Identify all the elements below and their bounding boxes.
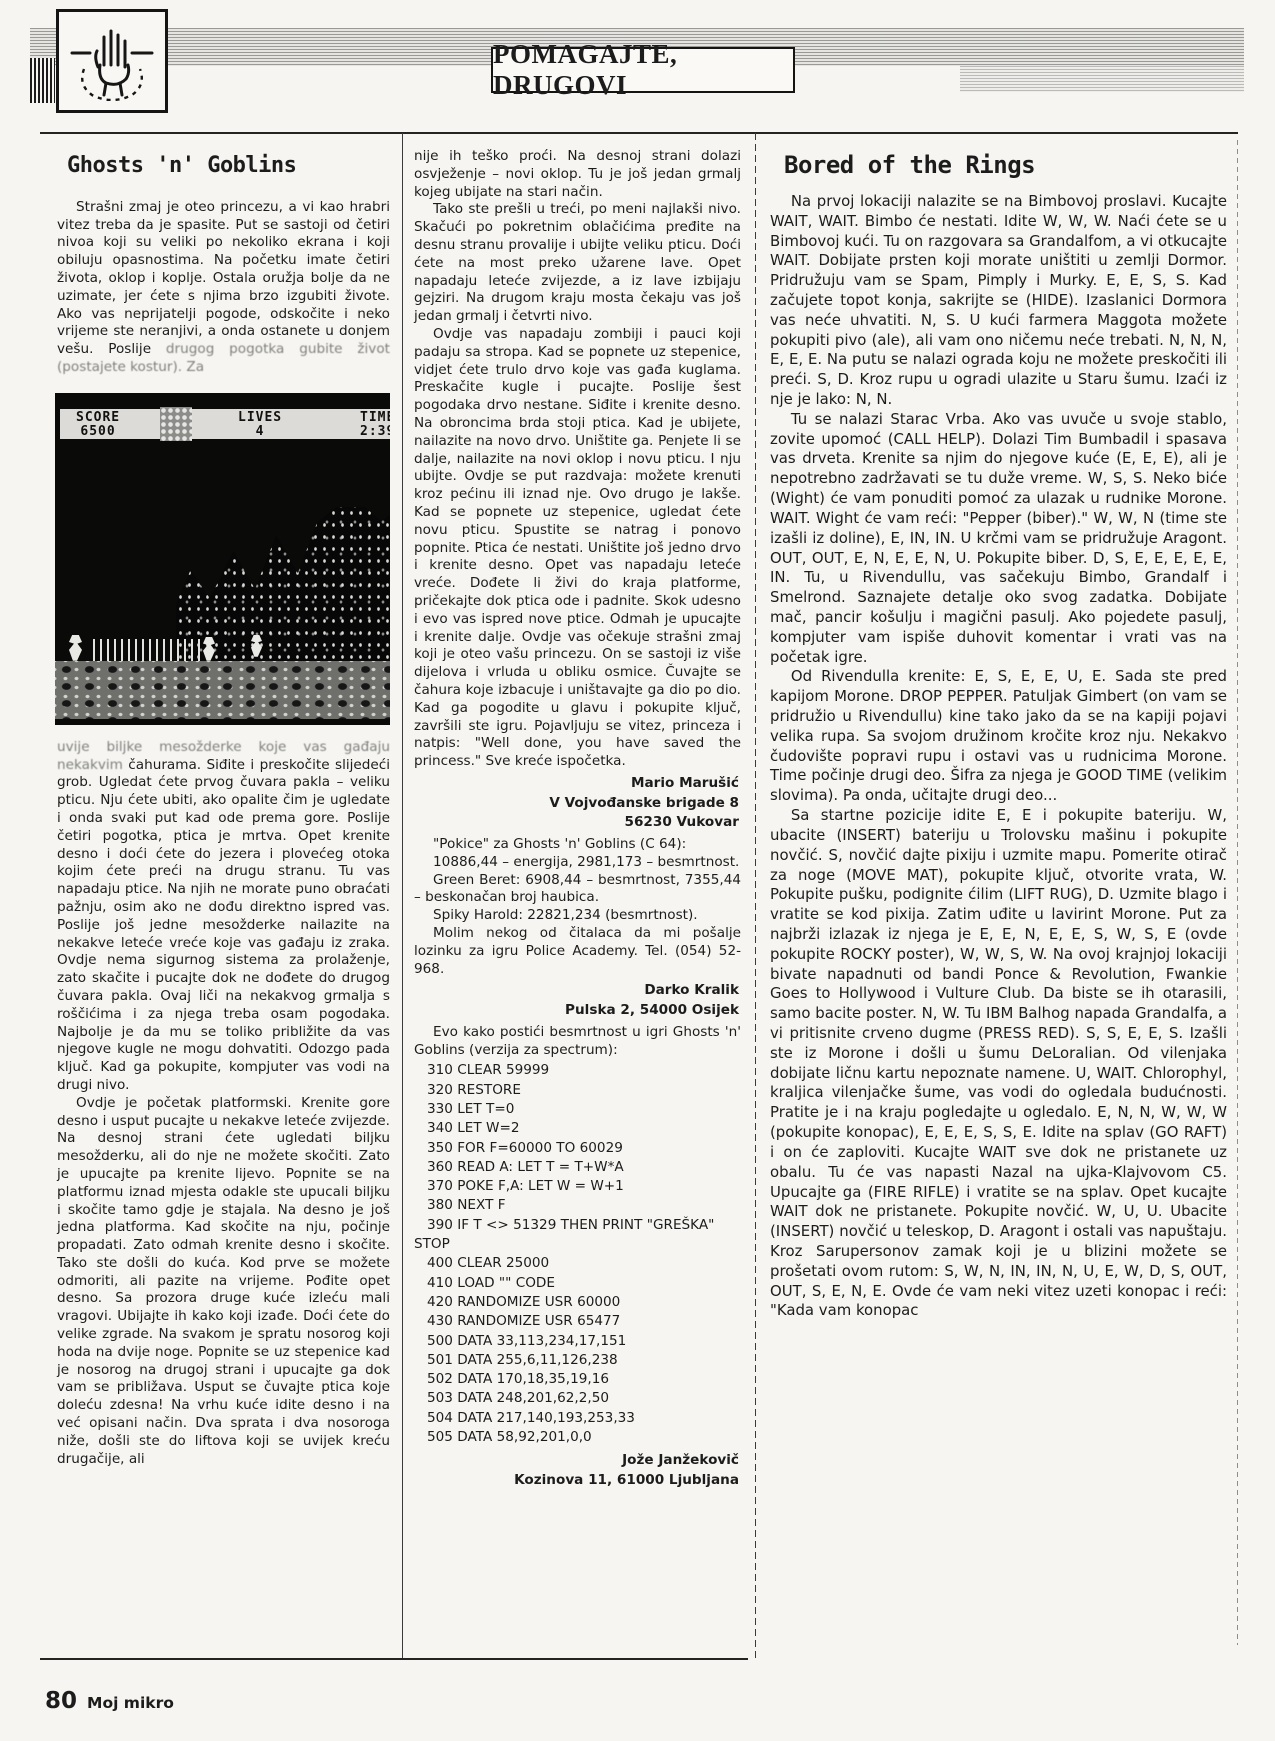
basic-listing-line: 503 DATA 248,201,62,2,50 — [414, 1389, 741, 1408]
poke-paragraph: Green Beret: 6908,44 – besmrtnost, 7355,… — [414, 872, 741, 908]
basic-listing-line: 501 DATA 255,6,11,126,238 — [414, 1351, 741, 1370]
basic-listing-line: 390 IF T <> 51329 THEN PRINT "GREŠKA" — [414, 1216, 741, 1235]
article1-paragraph: Strašni zmaj je oteo princezu, a vi kao … — [57, 199, 390, 377]
signature-joze-janzekovic: Jože JanžekovičKozinova 11, 61000 Ljublj… — [414, 1451, 739, 1490]
score-label: SCORE — [76, 411, 120, 425]
time-value: 2:39 — [360, 425, 390, 439]
basic-listing-line: 360 READ A: LET T = T+W*A — [414, 1158, 741, 1177]
section-title: POMAGAJTE, DRUGOVI — [493, 39, 793, 101]
article1-para2-text: čahurama. Siđite i preskočite slijedeći … — [57, 757, 390, 1093]
right-edge-rule — [1237, 140, 1238, 1645]
signature-line: Kozinova 11, 61000 Ljubljana — [414, 1471, 739, 1491]
listing-intro-paragraph: Evo kako postići besmrtnost u igri Ghost… — [414, 1024, 741, 1060]
basic-listing-line: 370 POKE F,A: LET W = W+1 — [414, 1177, 741, 1196]
article1-paragraph-list: Ovdje je početak platformski. Krenite go… — [57, 1095, 390, 1469]
bottom-rule — [40, 1658, 748, 1660]
pokes-list: "Pokice" za Ghosts 'n' Goblins (C 64):10… — [414, 836, 741, 978]
signature-line: Darko Kralik — [414, 981, 739, 1001]
score-value: 6500 — [76, 425, 120, 439]
column2-paragraph: Tako ste prešli u treći, po meni najlakš… — [414, 201, 741, 326]
player-head-icon — [160, 407, 192, 441]
column-2: nije ih teško proći. Na desnoj strani do… — [414, 148, 741, 1494]
time-display: TIME 2:39 — [360, 411, 390, 440]
signature-line: V Vojvođanske brigade 8 — [414, 794, 739, 814]
signature-line: Jože Janžekovič — [414, 1451, 739, 1471]
column-3: Bored of the Rings Na prvoj lokaciji nal… — [770, 146, 1227, 1321]
article2-paragraph-list: Na prvoj lokaciji nalazite se na Bimbovo… — [770, 192, 1227, 1321]
basic-listing-line: 310 CLEAR 59999 — [414, 1061, 741, 1080]
column2-paragraph: Ovdje vas napadaju zombiji i pauci koji … — [414, 326, 741, 771]
poke-paragraph: "Pokice" za Ghosts 'n' Goblins (C 64): — [414, 836, 741, 854]
ground-graphic — [55, 661, 390, 719]
column2-continuation-paragraph: nije ih teško proći. Na desnoj strani do… — [414, 148, 741, 201]
sprite-graphic — [69, 635, 82, 661]
basic-listing-line: 380 NEXT F — [414, 1196, 741, 1215]
poke-paragraph: 10886,44 – energija, 2981,173 – besmrtno… — [414, 854, 741, 872]
game-screenshot: SCORE 6500 LIVES 4 TIME 2:39 — [55, 393, 390, 725]
section-logo — [56, 9, 168, 113]
edge-barcode-mark — [30, 58, 55, 103]
article2-paragraph: Tu se nalazi Starac Vrba. Ako vas uvuče … — [770, 410, 1227, 668]
article1-para1-text: Strašni zmaj je oteo princezu, a vi kao … — [57, 199, 390, 357]
article1-title: Ghosts 'n' Goblins — [67, 152, 390, 181]
basic-listing-line: 505 DATA 58,92,201,0,0 — [414, 1428, 741, 1447]
article2-title: Bored of the Rings — [784, 150, 1227, 182]
article2-paragraph: Na prvoj lokaciji nalazite se na Bimbovo… — [770, 192, 1227, 410]
column-divider-2 — [755, 133, 756, 1659]
graveyard-fence-graphic — [93, 639, 205, 661]
lives-display: LIVES 4 — [238, 411, 282, 440]
lives-label: LIVES — [238, 411, 282, 425]
article2-paragraph: Sa startne pozicije idite E, E i pokupit… — [770, 806, 1227, 1321]
poke-paragraph: Molim nekog od čitalaca da mi pošalje lo… — [414, 925, 741, 978]
game-status-bar: SCORE 6500 LIVES 4 TIME 2:39 — [60, 409, 390, 439]
article1-paragraph: Ovdje je početak platformski. Krenite go… — [57, 1095, 390, 1469]
basic-listing-line: 500 DATA 33,113,234,17,151 — [414, 1332, 741, 1351]
score-display: SCORE 6500 — [76, 411, 120, 440]
section-title-box: POMAGAJTE, DRUGOVI — [491, 47, 795, 93]
top-rule — [40, 132, 1238, 134]
signature-mario-marusic: Mario MarušićV Vojvođanske brigade 85623… — [414, 774, 739, 833]
basic-listing-line: 502 DATA 170,18,35,19,16 — [414, 1370, 741, 1389]
basic-listing: 310 CLEAR 59999 320 RESTORE 330 LET T=0 … — [414, 1061, 741, 1447]
column-divider-1 — [402, 133, 403, 1659]
basic-listing-line: 420 RANDOMIZE USR 60000 — [414, 1293, 741, 1312]
lives-value: 4 — [238, 425, 282, 439]
basic-listing-line: 320 RESTORE — [414, 1081, 741, 1100]
basic-listing-line: 330 LET T=0 — [414, 1100, 741, 1119]
basic-listing-line: 504 DATA 217,140,193,253,33 — [414, 1409, 741, 1428]
page-number: 80 — [45, 1688, 77, 1714]
column2-paragraph-list: Tako ste prešli u treći, po meni najlakš… — [414, 201, 741, 771]
signature-line: Mario Marušić — [414, 774, 739, 794]
magazine-name: Moj mikro — [87, 1694, 174, 1712]
basic-listing-line: STOP — [414, 1235, 741, 1254]
basic-listing-line: 400 CLEAR 25000 — [414, 1254, 741, 1273]
basic-listing-line: 350 FOR F=60000 TO 60029 — [414, 1139, 741, 1158]
header-stripe-band-right — [960, 66, 1244, 92]
basic-listing-line: 430 RANDOMIZE USR 65477 — [414, 1312, 741, 1331]
magazine-page: POMAGAJTE, DRUGOVI Ghosts 'n' Goblins St… — [0, 0, 1275, 1741]
signature-darko-kralik: Darko KralikPulska 2, 54000 Osijek — [414, 981, 739, 1020]
basic-listing-line: 410 LOAD "" CODE — [414, 1274, 741, 1293]
time-label: TIME — [360, 411, 390, 425]
page-footer: 80 Moj mikro — [45, 1688, 174, 1714]
raised-hand-icon — [70, 21, 154, 101]
article2-paragraph: Od Rivendulla krenite: E, S, E, E, U, E.… — [770, 667, 1227, 806]
signature-line: 56230 Vukovar — [414, 813, 739, 833]
basic-listing-line: 340 LET W=2 — [414, 1119, 741, 1138]
poke-paragraph: Spiky Harold: 22821,234 (besmrtnost). — [414, 907, 741, 925]
article1-paragraph: uvije biljke mesožderke koje vas gađaju … — [57, 739, 390, 1095]
signature-line: Pulska 2, 54000 Osijek — [414, 1001, 739, 1021]
column-1: Ghosts 'n' Goblins Strašni zmaj je oteo … — [57, 146, 390, 1468]
